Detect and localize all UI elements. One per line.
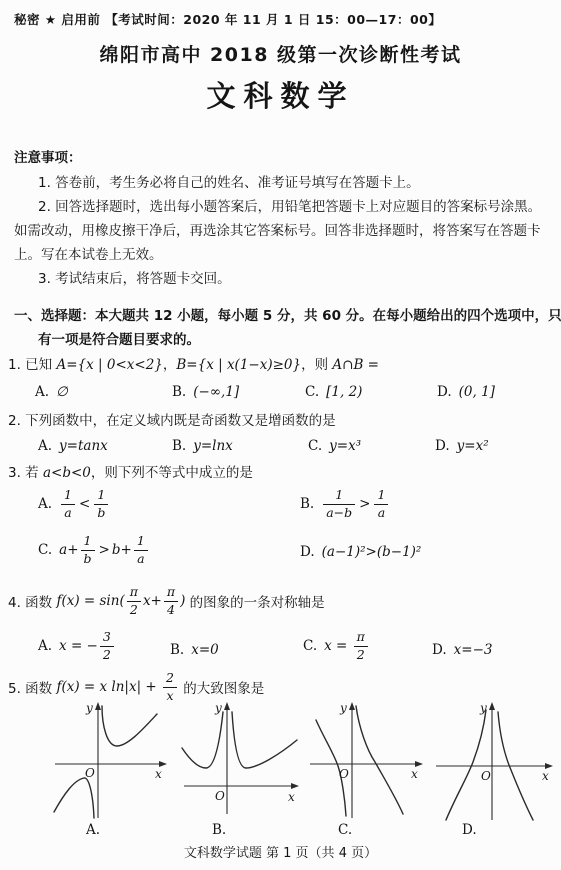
y-axis-arrow-icon xyxy=(95,702,101,710)
section-1-heading-line-2: 有一项是符合题目要求的。 xyxy=(38,328,200,348)
question-1-stem: 1. 已知 A={x | 0<x<2}，B={x | x(1−x)≥0}，则 A… xyxy=(8,353,379,373)
question-3-stem: 3. 若 a<b<0，则下列不等式中成立的是 xyxy=(8,461,253,481)
question-1-option-a: A.∅ xyxy=(35,381,68,400)
question-2-option-d: D.y=x² xyxy=(435,435,489,454)
curve-left-branch xyxy=(54,778,94,818)
fraction: 1b xyxy=(81,535,95,565)
y-axis-arrow-icon xyxy=(224,702,230,710)
origin-label: O xyxy=(215,789,225,803)
notes-line-5: 3. 考试结束后，将答题卡交回。 xyxy=(38,267,231,287)
question-1-option-c: C.[1, 2) xyxy=(305,381,362,400)
fraction: π4 xyxy=(164,586,178,616)
graph-label-a: A. xyxy=(86,822,100,838)
q3-math-inequality: a<b<0 xyxy=(43,465,91,481)
fraction: 1b xyxy=(94,489,108,519)
section-1-heading-line-1: 一、选择题：本大题共 12 小题，每小题 5 分，共 60 分。在每小题给出的四… xyxy=(14,304,561,324)
fraction: 1a−b xyxy=(323,489,355,519)
question-2-stem: 2. 下列函数中，在定义域内既是奇函数又是增函数的是 xyxy=(8,409,336,429)
y-axis-label: y xyxy=(339,701,347,715)
question-4-option-a: A.x = −32 xyxy=(38,631,116,661)
y-axis-arrow-icon xyxy=(489,702,495,710)
security-header: 秘密 ★ 启用前 【考试时间：2020 年 11 月 1 日 15：00—17：… xyxy=(14,10,441,28)
q1-math-set-a: A={x | 0<x<2} xyxy=(56,357,162,373)
question-2-option-b: B.y=lnx xyxy=(172,435,233,454)
question-4-stem: 4. 函数 f(x) = sin(π2x+π4) 的图象的一条对称轴是 xyxy=(8,586,325,616)
question-4-option-c: C.x = π2 xyxy=(303,631,370,661)
x-axis-arrow-icon xyxy=(291,783,299,789)
fraction: 32 xyxy=(100,631,114,661)
question-2-option-c: C.y=x³ xyxy=(308,435,361,454)
notes-line-3: 如需改动，用橡皮擦干净后，再选涂其它答案标号。回答非选择题时，将答案写在答题卡 xyxy=(14,219,541,239)
notes-line-1: 1. 答卷前，考生务必将自己的姓名、准考证号填写在答题卡上。 xyxy=(38,171,420,191)
graph-label-d: D. xyxy=(462,822,477,838)
origin-label: O xyxy=(339,767,349,781)
y-axis-arrow-icon xyxy=(349,702,355,710)
graph-option-a: O x y xyxy=(52,700,172,826)
q1-text: 1. 已知 xyxy=(8,357,56,373)
curve-left-branch xyxy=(446,710,486,820)
page-footer: 文科数学试题 第 1 页（共 4 页） xyxy=(0,842,561,861)
curve-right-branch xyxy=(356,706,403,814)
graph-option-b: O x y xyxy=(182,700,304,826)
question-1-option-d: D.(0, 1] xyxy=(437,381,495,400)
fraction: π2 xyxy=(354,631,368,661)
question-3-option-c: C.a+1b>b+1a xyxy=(38,535,150,565)
fraction: 1a xyxy=(61,489,75,519)
x-axis-label: x xyxy=(155,767,162,781)
graph-label-c: C. xyxy=(338,822,352,838)
origin-label: O xyxy=(85,766,95,780)
fraction: π2 xyxy=(127,586,141,616)
y-axis-label: y xyxy=(85,701,93,715)
q1-math-intersection: A∩B = xyxy=(332,357,379,373)
curve-left-branch xyxy=(182,712,223,768)
q1-math-set-b: B={x | x(1−x)≥0} xyxy=(176,357,301,373)
question-4-option-d: D.x=−3 xyxy=(432,639,492,658)
question-4-option-b: B.x=0 xyxy=(170,639,219,658)
curve-right-branch xyxy=(232,712,297,768)
exam-page: 秘密 ★ 启用前 【考试时间：2020 年 11 月 1 日 15：00—17：… xyxy=(0,0,561,870)
curve-right-branch xyxy=(102,706,157,746)
fraction: 1a xyxy=(374,489,388,519)
x-axis-label: x xyxy=(288,790,295,804)
exam-title: 绵阳市高中 2018 级第一次诊断性考试 xyxy=(0,40,561,67)
subject-title: 文科数学 xyxy=(0,74,561,115)
origin-label: O xyxy=(481,769,491,783)
question-2-option-a: A.y=tanx xyxy=(38,435,108,454)
y-axis-label: y xyxy=(214,701,222,715)
less-than-sign: < xyxy=(79,496,90,512)
x-axis-label: x xyxy=(542,769,549,783)
fraction: 1a xyxy=(134,535,148,565)
y-axis-label: y xyxy=(479,701,487,715)
greater-than-sign: > xyxy=(359,496,370,512)
graph-option-d: O x y xyxy=(436,700,558,826)
notes-line-4: 上。写在本试卷上无效。 xyxy=(14,243,163,263)
x-axis-label: x xyxy=(411,767,418,781)
question-3-option-d: D.(a−1)²>(b−1)² xyxy=(300,541,421,560)
graph-label-b: B. xyxy=(212,822,226,838)
question-1-option-b: B.(−∞,1] xyxy=(172,381,239,400)
fraction: 2x xyxy=(163,672,177,702)
notes-heading: 注意事项： xyxy=(14,146,82,166)
graph-option-c: O x y xyxy=(308,700,428,826)
greater-than-sign: > xyxy=(99,542,110,558)
question-3-option-a: A.1a<1b xyxy=(38,489,110,519)
question-3-option-b: B.1a−b>1a xyxy=(300,489,390,519)
notes-line-2: 2. 回答选择题时，选出每小题答案后，用铅笔把答题卡上对应题目的答案标号涂黑。 xyxy=(38,195,541,215)
question-5-stem: 5. 函数 f(x) = x ln|x| + 2x 的大致图象是 xyxy=(8,672,264,702)
